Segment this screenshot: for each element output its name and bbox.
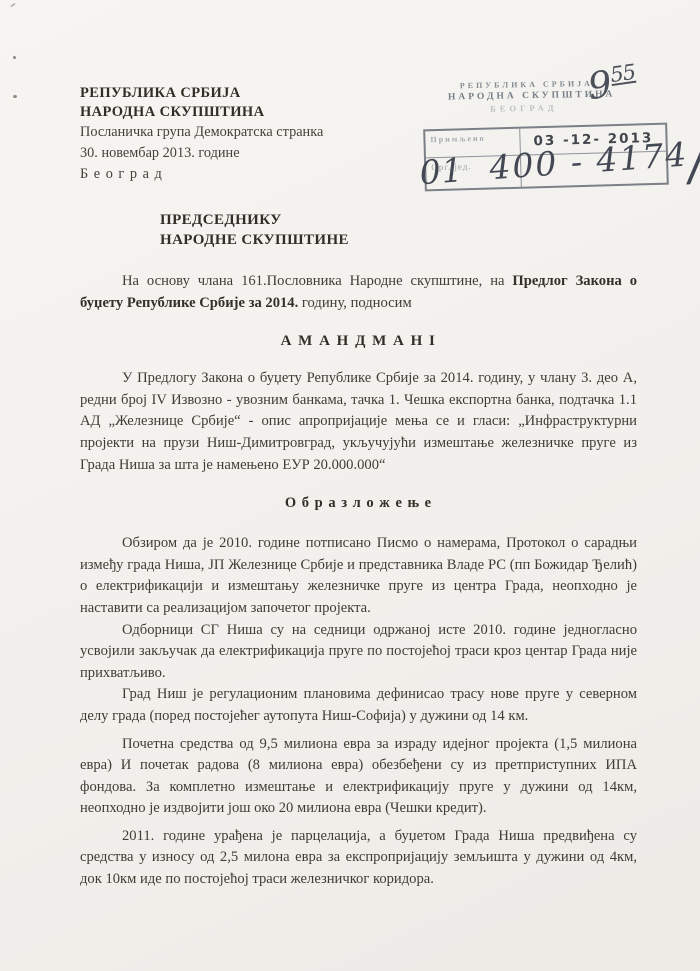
amendment-body-paragraph: У Предлогу Закона о буџету Републике Срб… [80,368,637,476]
addressee-institution: НАРОДНЕ СКУПШТИНЕ [160,230,637,250]
rationale-paragraph: Почетна средства од 9,5 милиона евра за … [80,734,637,820]
amendment-heading: А М А Н Д М А Н I [80,333,637,350]
rationale-heading: О б р а з л о ж е њ е [80,495,637,512]
handwritten-time: 955 [585,59,639,108]
rationale-paragraph: Одборници СГ Ниша су на седници одржаној… [80,620,637,685]
scanned-document-page: РЕПУБЛИКА СРБИЈА НАРОДНА СКУПШТИНА БЕОГР… [0,0,700,971]
registry-number-slash: / [687,131,700,192]
addressee-block: ПРЕДСЕДНИКУ НАРОДНЕ СКУПШТИНЕ [160,210,637,250]
registry-number-gap [464,179,490,181]
rationale-paragraph: Обзиром да је 2010. године потписано Пис… [80,533,637,619]
registry-number-org: 01 [418,150,465,192]
scan-speck [13,95,17,98]
intro-text-post: годину, подносим [298,295,411,311]
addressee-title: ПРЕДСЕДНИКУ [160,210,637,230]
rationale-paragraph: 2011. године урађена је парцелација, а б… [80,826,637,891]
handwritten-time-minutes: 55 [609,60,637,87]
rationale-paragraph: Град Ниш је регулационим плановима дефин… [80,684,637,727]
intro-paragraph: На основу члана 161.Пословника Народне с… [80,271,637,314]
intro-text-pre: На основу члана 161.Пословника Народне с… [122,273,512,289]
stamp-received-label: Примљено [430,133,516,144]
